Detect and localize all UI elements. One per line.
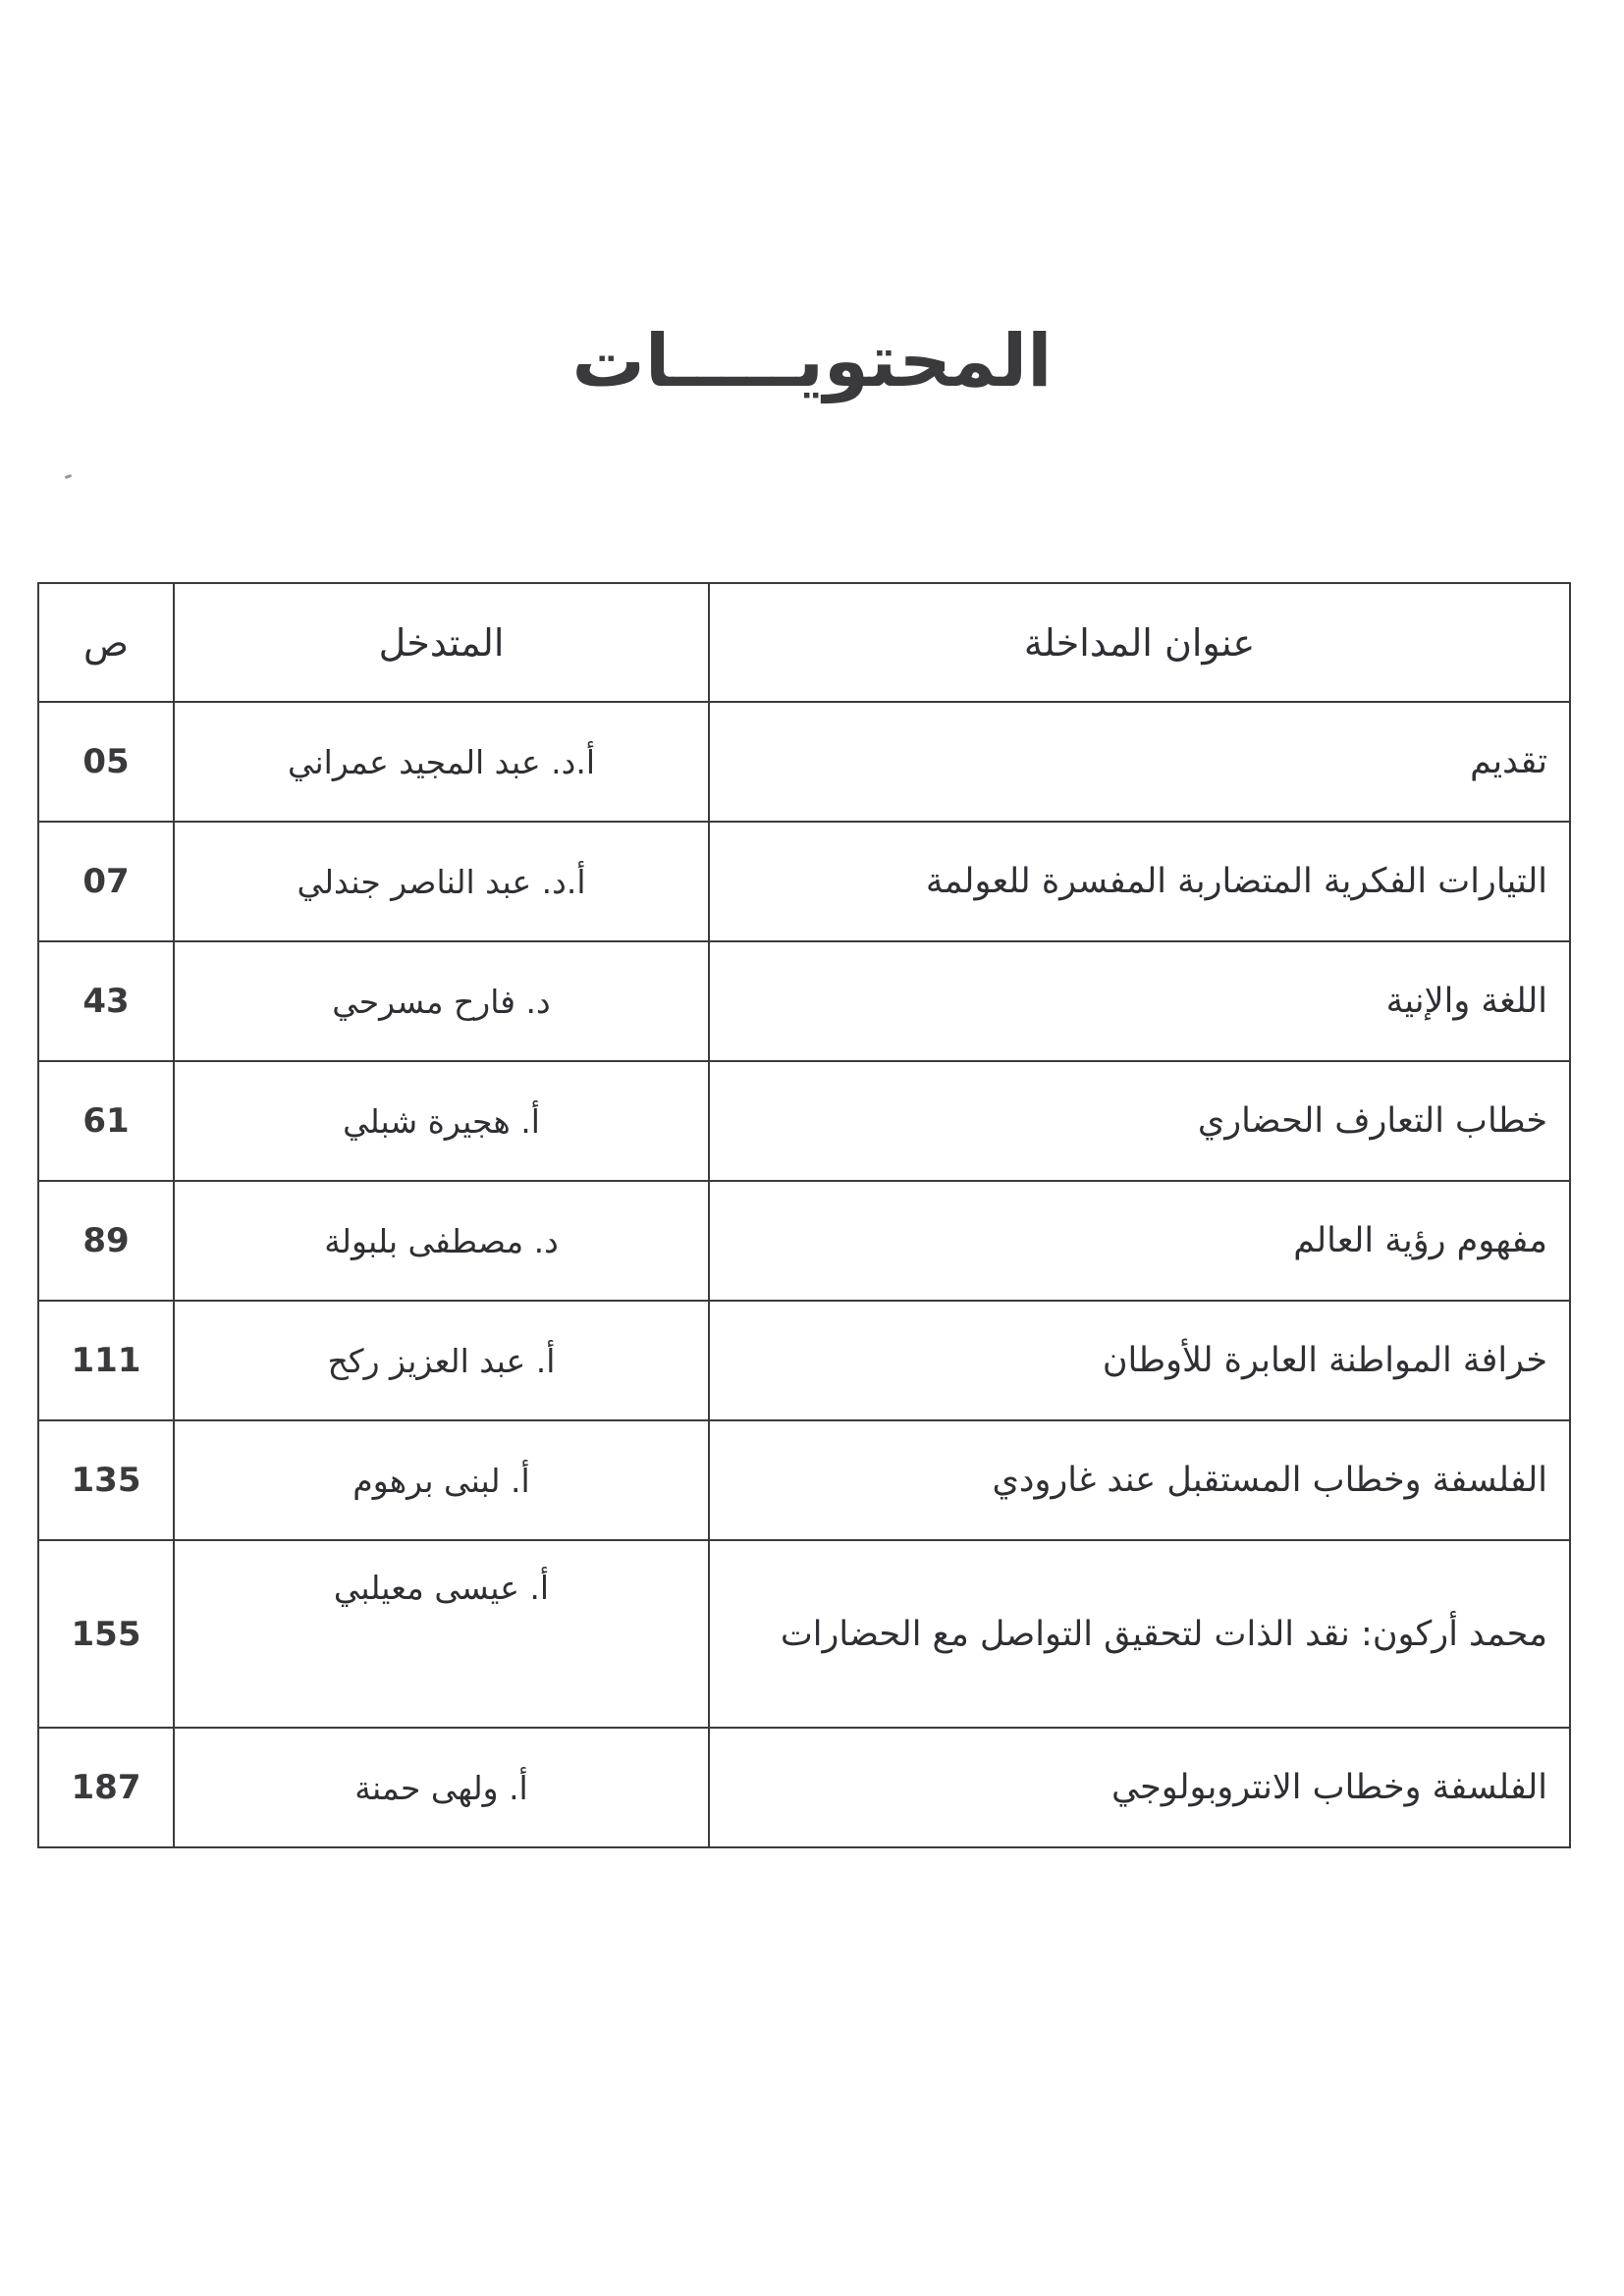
row-title: تقديم (709, 702, 1570, 822)
table-row: تقديم أ.د. عبد المجيد عمراني 05 (38, 702, 1570, 822)
page-title: المحتويـــــات (0, 312, 1624, 410)
table-row: خرافة المواطنة العابرة للأوطان أ. عبد ال… (38, 1301, 1570, 1420)
row-page: 187 (38, 1728, 174, 1847)
row-speaker: د. فارح مسرحي (174, 941, 709, 1061)
row-page: 111 (38, 1301, 174, 1420)
row-title: اللغة والإنية (709, 941, 1570, 1061)
row-speaker: أ. عيسى معيلبي (174, 1540, 709, 1728)
header-title: عنوان المداخلة (709, 583, 1570, 702)
table-header-row: عنوان المداخلة المتدخل ص (38, 583, 1570, 702)
row-title: الفلسفة وخطاب الانتروبولوجي (709, 1728, 1570, 1847)
row-page: 43 (38, 941, 174, 1061)
row-title: خطاب التعارف الحضاري (709, 1061, 1570, 1181)
table-row: التيارات الفكرية المتضاربة المفسرة للعول… (38, 822, 1570, 941)
row-page: 89 (38, 1181, 174, 1301)
row-title: محمد أركون: نقد الذات لتحقيق التواصل مع … (709, 1540, 1570, 1728)
table-row: مفهوم رؤية العالم د. مصطفى بلبولة 89 (38, 1181, 1570, 1301)
row-title: خرافة المواطنة العابرة للأوطان (709, 1301, 1570, 1420)
row-speaker: أ.د. عبد المجيد عمراني (174, 702, 709, 822)
table-row: اللغة والإنية د. فارح مسرحي 43 (38, 941, 1570, 1061)
row-page: 155 (38, 1540, 174, 1728)
row-page: 135 (38, 1420, 174, 1540)
row-speaker: أ. هجيرة شبلي (174, 1061, 709, 1181)
row-speaker: أ.د. عبد الناصر جندلي (174, 822, 709, 941)
row-page: 05 (38, 702, 174, 822)
table-row: الفلسفة وخطاب الانتروبولوجي أ. ولهى حمنة… (38, 1728, 1570, 1847)
row-speaker: د. مصطفى بلبولة (174, 1181, 709, 1301)
row-page: 61 (38, 1061, 174, 1181)
table-row: خطاب التعارف الحضاري أ. هجيرة شبلي 61 (38, 1061, 1570, 1181)
row-page: 07 (38, 822, 174, 941)
table-row: الفلسفة وخطاب المستقبل عند غارودي أ. لبن… (38, 1420, 1570, 1540)
row-speaker: أ. لبنى برهوم (174, 1420, 709, 1540)
header-speaker: المتدخل (174, 583, 709, 702)
row-speaker: أ. عبد العزيز ركح (174, 1301, 709, 1420)
contents-table: عنوان المداخلة المتدخل ص تقديم أ.د. عبد … (37, 582, 1571, 1848)
scan-speck (65, 474, 73, 479)
table-row: محمد أركون: نقد الذات لتحقيق التواصل مع … (38, 1540, 1570, 1728)
row-title: التيارات الفكرية المتضاربة المفسرة للعول… (709, 822, 1570, 941)
header-page: ص (38, 583, 174, 702)
row-speaker: أ. ولهى حمنة (174, 1728, 709, 1847)
row-title: مفهوم رؤية العالم (709, 1181, 1570, 1301)
row-title: الفلسفة وخطاب المستقبل عند غارودي (709, 1420, 1570, 1540)
